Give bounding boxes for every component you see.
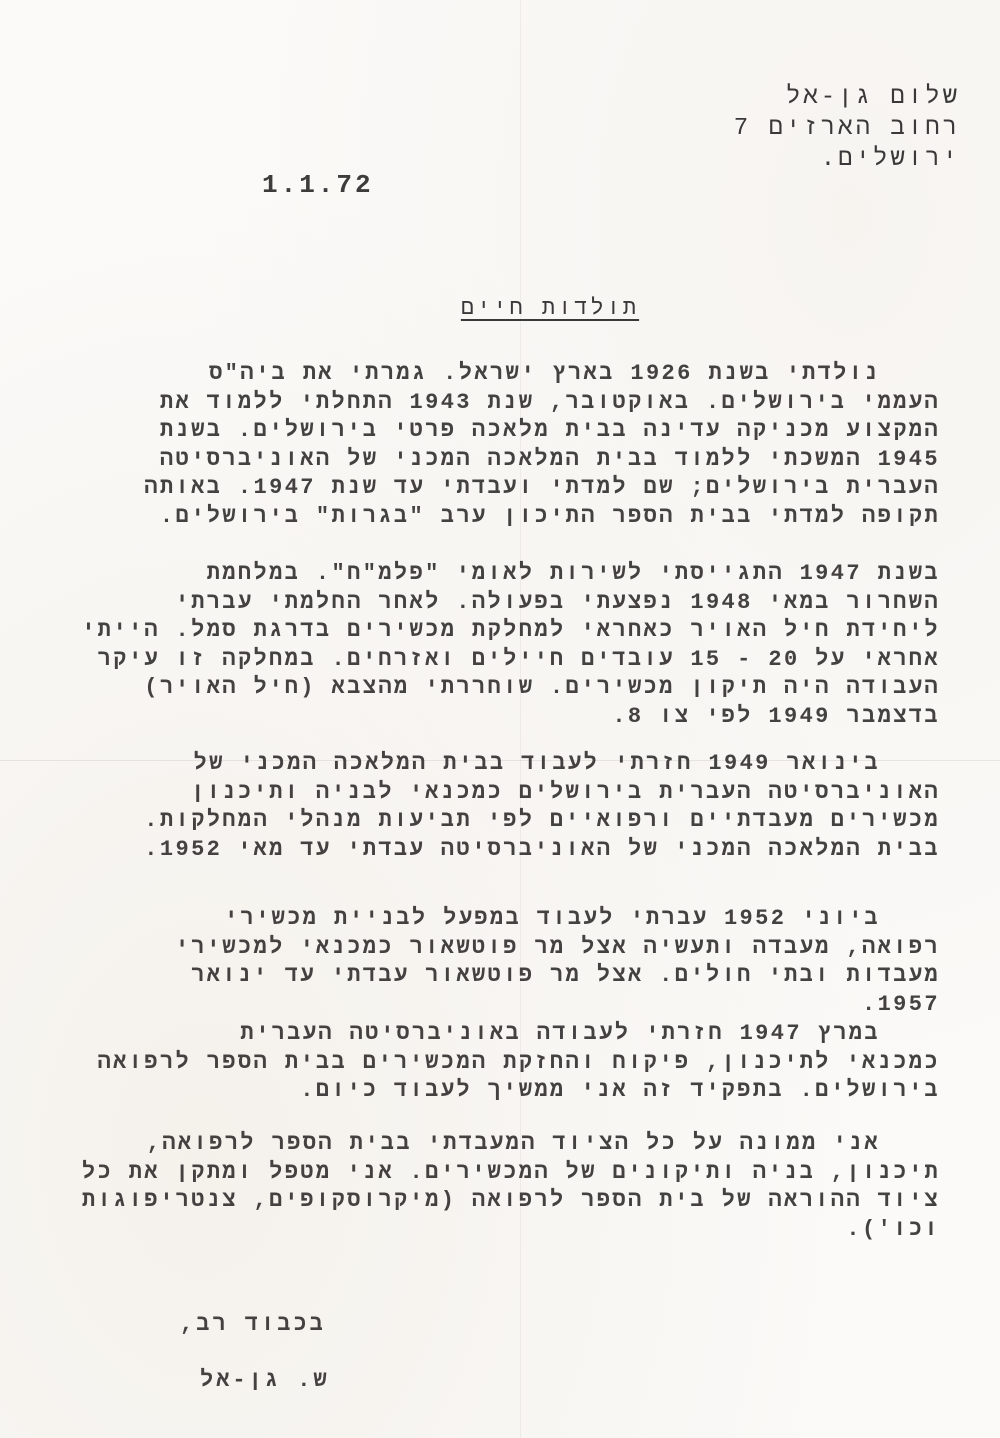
text-line: תקופה למדתי בבית הספר התיכון ערב "בגרות"… xyxy=(40,503,940,532)
text-line: העבודה היה תיקון מכשירים. שוחררתי מהצבא … xyxy=(40,674,940,703)
sender-name: שלום גן-אל xyxy=(734,82,960,113)
text-line: העממי בירושלים. באוקטובר, שנת 1943 התחלת… xyxy=(40,389,940,418)
text-line: 1957. xyxy=(40,991,940,1020)
text-line: בינואר 1949 חזרתי לעבוד בבית המלאכה המכנ… xyxy=(40,750,940,779)
text-line: השחרור במאי 1948 נפצעתי בפעולה. לאחר החל… xyxy=(40,589,940,618)
text-line: ליחידת חיל האויר כאחראי למחלקת מכשירים ב… xyxy=(40,617,940,646)
text-line: 1945 המשכתי ללמוד בבית המלאכה המכני של ה… xyxy=(40,446,940,475)
text-line: מעבדות ובתי חולים. אצל מר פוטשאור עבדתי … xyxy=(40,962,940,991)
paragraph-medical-school: במרץ 1947 חזרתי לעבודה באוניברסיטה העברי… xyxy=(40,1020,940,1106)
paragraph-university-return: בינואר 1949 חזרתי לעבוד בבית המלאכה המכנ… xyxy=(40,750,940,864)
text-line: בירושלים. בתפקיד זה אני ממשיך לעבוד כיום… xyxy=(40,1077,940,1106)
letter-page: שלום גן-אל רחוב הארזים 7 ירושלים. 1.1.72… xyxy=(0,0,1000,1438)
text-line: אחראי על 20 - 15 עובדים חיילים ואזרחים. … xyxy=(40,646,940,675)
text-line: כמכנאי לתיכנון, פיקוח והחזקת המכשירים בב… xyxy=(40,1049,940,1078)
text-line: בדצמבר 1949 לפי צו 8. xyxy=(40,703,940,732)
paragraph-military-service: בשנת 1947 התגייסתי לשירות לאומי "פלמ"ח".… xyxy=(40,560,940,731)
sender-address-block: שלום גן-אל רחוב הארזים 7 ירושלים. xyxy=(734,82,960,175)
text-line: אני ממונה על כל הציוד המעבדתי בבית הספר … xyxy=(40,1130,940,1159)
text-line: רפואה, מעבדה ותעשיה אצל מר פוטשאור כמכנא… xyxy=(40,934,940,963)
text-line: נולדתי בשנת 1926 בארץ ישראל. גמרתי את בי… xyxy=(40,360,940,389)
text-line: מכשירים מעבדתיים ורפואיים לפי תביעות מנה… xyxy=(40,807,940,836)
text-line: בשנת 1947 התגייסתי לשירות לאומי "פלמ"ח".… xyxy=(40,560,940,589)
sender-city: ירושלים. xyxy=(734,144,960,175)
text-line: במרץ 1947 חזרתי לעבודה באוניברסיטה העברי… xyxy=(40,1020,940,1049)
text-line: בבית המלאכה המכני של האוניברסיטה עבדתי ע… xyxy=(40,836,940,865)
letter-date: 1.1.72 xyxy=(262,170,374,200)
text-line: המקצוע מכניקה עדינה בבית מלאכה פרטי בירו… xyxy=(40,417,940,446)
sender-street: רחוב הארזים 7 xyxy=(734,113,960,144)
text-line: העברית בירושלים; שם למדתי ועבדתי עד שנת … xyxy=(40,474,940,503)
document-title: תולדות חיים xyxy=(440,296,660,321)
paragraph-instrument-factory: ביוני 1952 עברתי לעבוד במפעל לבניית מכשי… xyxy=(40,905,940,1019)
closing-salutation: בכבוד רב, xyxy=(180,1312,326,1337)
paragraph-early-life: נולדתי בשנת 1926 בארץ ישראל. גמרתי את בי… xyxy=(40,360,940,531)
signature: ש. גן-אל xyxy=(200,1368,330,1393)
paragraph-responsibilities: אני ממונה על כל הציוד המעבדתי בבית הספר … xyxy=(40,1130,940,1244)
text-line: ציוד ההוראה של בית הספר לרפואה (מיקרוסקו… xyxy=(40,1187,940,1216)
text-line: ביוני 1952 עברתי לעבוד במפעל לבניית מכשי… xyxy=(40,905,940,934)
text-line: תיכנון, בניה ותיקונים של המכשירים. אני מ… xyxy=(40,1159,940,1188)
text-line: האוניברסיטה העברית בירושלים כמכנאי לבניה… xyxy=(40,779,940,808)
text-line: וכו'). xyxy=(40,1216,940,1245)
